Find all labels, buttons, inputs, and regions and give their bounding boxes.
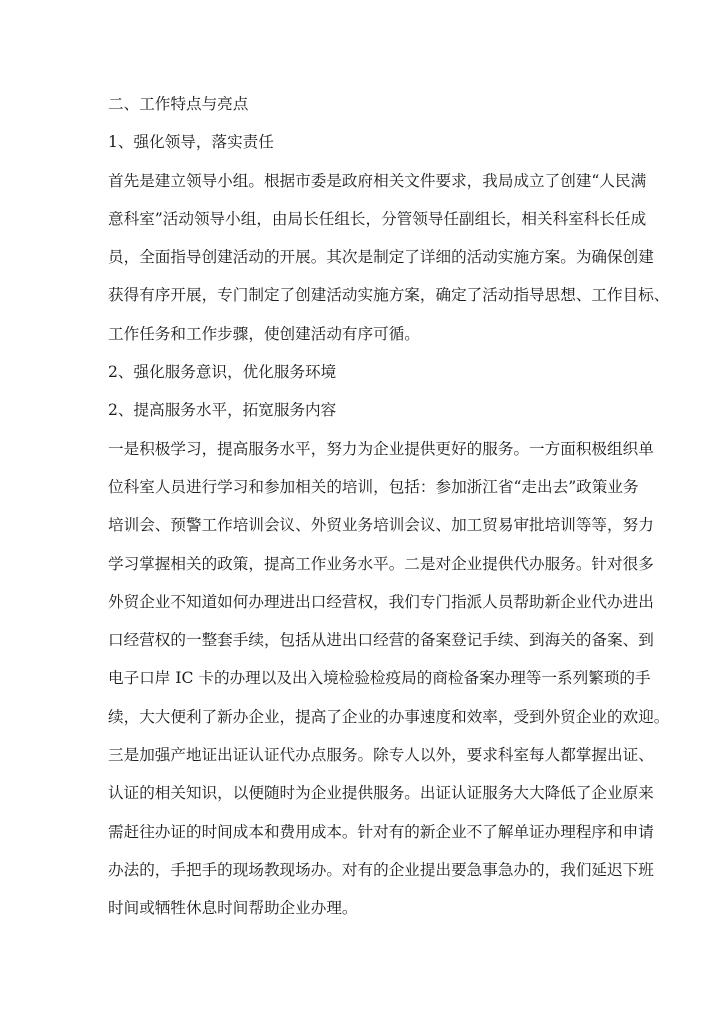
paragraph-line: 培训会、预警工作培训会议、外贸业务培训会议、加工贸易审批培训等等，努力 [108, 513, 614, 551]
subheading: 1、强化领导，落实责任 [108, 130, 614, 168]
paragraph-line: 位科室人员进行学习和参加相关的培训，包括：参加浙江省“走出去”政策业务 [108, 475, 614, 513]
paragraph-line: 三是加强产地证出证认证代办点服务。除专人以外，要求科室每人都掌握出证、 [108, 743, 614, 781]
paragraph-line: 员，全面指导创建活动的开展。其次是制定了详细的活动实施方案。为确保创建 [108, 245, 614, 283]
subheading: 2、强化服务意识，优化服务环境 [108, 360, 614, 398]
paragraph-line: 学习掌握相关的政策，提高工作业务水平。二是对企业提供代办服务。针对很多 [108, 552, 614, 590]
paragraph-line: 首先是建立领导小组。根据市委是政府相关文件要求，我局成立了创建“人民满 [108, 169, 614, 207]
paragraph-line: 意科室”活动领导小组，由局长任组长，分管领导任副组长，相关科室科长任成 [108, 207, 614, 245]
paragraph-line: 办法的，手把手的现场教现场办。对有的企业提出要急事急办的，我们延迟下班 [108, 858, 614, 896]
paragraph-line: 口经营权的一整套手续，包括从进出口经营的备案登记手续、到海关的备案、到 [108, 628, 614, 666]
paragraph-line: 时间或牺牲休息时间帮助企业办理。 [108, 896, 614, 934]
paragraph-line: 工作任务和工作步骤，使创建活动有序可循。 [108, 322, 614, 360]
paragraph-line: 电子口岸 IC 卡的办理以及出入境检验检疫局的商检备案办理等一系列繁琐的手 [108, 666, 614, 704]
paragraph-line: 获得有序开展，专门制定了创建活动实施方案，确定了活动指导思想、工作目标、 [108, 283, 614, 321]
section-heading: 二、工作特点与亮点 [108, 92, 614, 130]
document-page: 二、工作特点与亮点 1、强化领导，落实责任 首先是建立领导小组。根据市委是政府相… [108, 92, 614, 935]
paragraph-line: 续，大大便利了新办企业，提高了企业的办事速度和效率，受到外贸企业的欢迎。 [108, 705, 614, 743]
paragraph-line: 需赶往办证的时间成本和费用成本。针对有的新企业不了解单证办理程序和申请 [108, 820, 614, 858]
paragraph-line: 认证的相关知识，以便随时为企业提供服务。出证认证服务大大降低了企业原来 [108, 781, 614, 819]
paragraph-line: 外贸企业不知道如何办理进出口经营权，我们专门指派人员帮助新企业代办进出 [108, 590, 614, 628]
paragraph-line: 一是积极学习，提高服务水平，努力为企业提供更好的服务。一方面积极组织单 [108, 437, 614, 475]
subheading: 2、提高服务水平，拓宽服务内容 [108, 398, 614, 436]
